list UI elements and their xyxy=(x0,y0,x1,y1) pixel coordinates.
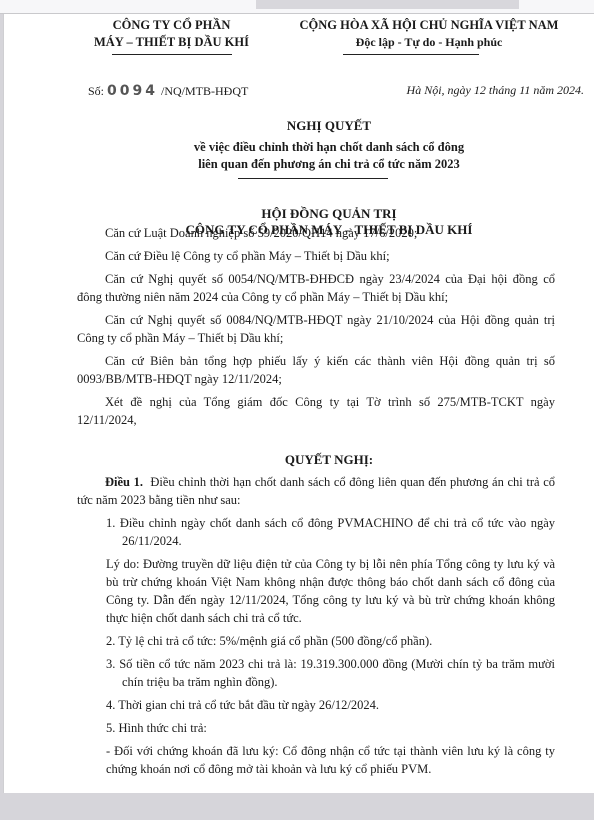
subject-line1: về việc điều chỉnh thời hạn chốt danh sá… xyxy=(64,139,594,156)
document-page: CÔNG TY CỔ PHẦN MÁY – THIẾT BỊ DẦU KHÍ C… xyxy=(3,14,594,793)
company-underline xyxy=(112,54,232,55)
number-suffix: /NQ/MTB-HĐQT xyxy=(161,84,248,98)
basis-item: Căn cứ Điều lệ Công ty cổ phần Máy – Thi… xyxy=(77,247,555,265)
document-subject: về việc điều chỉnh thời hạn chốt danh sá… xyxy=(64,139,594,173)
article-1: Điều 1. Điều chỉnh thời hạn chốt danh sá… xyxy=(77,473,555,509)
resolution-heading: QUYẾT NGHỊ: xyxy=(64,452,594,468)
resolution-item: 4. Thời gian chi trả cổ tức bắt đầu từ n… xyxy=(106,696,555,714)
number-label: Số: xyxy=(88,84,104,98)
document-title: NGHỊ QUYẾT xyxy=(64,118,594,134)
subject-line2: liên quan đến phương án chi trả cổ tức n… xyxy=(64,156,594,173)
basis-item: Căn cứ Nghị quyết số 0054/NQ/MTB-ĐHĐCĐ n… xyxy=(77,270,555,306)
document-date: Hà Nội, ngày 12 tháng 11 năm 2024. xyxy=(344,83,584,98)
resolution-item: 1. Điều chỉnh ngày chốt danh sách cổ đôn… xyxy=(106,514,555,550)
national-header: CỘNG HÒA XÃ HỘI CHỦ NGHĨA VIỆT NAM Độc l… xyxy=(274,17,584,51)
basis-item: Căn cứ Luật Doanh nghiệp số 59/2020/QH14… xyxy=(77,224,555,242)
basis-item: Căn cứ Nghị quyết số 0084/NQ/MTB-HĐQT ng… xyxy=(77,311,555,347)
company-line2: MÁY – THIẾT BỊ DẦU KHÍ xyxy=(84,34,259,51)
company-line1: CÔNG TY CỔ PHẦN xyxy=(84,17,259,34)
company-header: CÔNG TY CỔ PHẦN MÁY – THIẾT BỊ DẦU KHÍ xyxy=(84,17,259,51)
resolution-item: 2. Tỷ lệ chi trả cổ tức: 5%/mệnh giá cổ … xyxy=(106,632,555,650)
motto-underline xyxy=(343,54,479,55)
viewer-toolbar xyxy=(0,0,594,14)
legal-bases: Căn cứ Luật Doanh nghiệp số 59/2020/QH14… xyxy=(77,224,555,434)
nation-motto: Độc lập - Tự do - Hạnh phúc xyxy=(274,34,584,51)
title-underline xyxy=(238,178,388,179)
resolution-item: 5. Hình thức chi trả: xyxy=(106,719,555,737)
article-1-label: Điều 1. xyxy=(105,475,143,489)
basis-item: Xét đề nghị của Tổng giám đốc Công ty tạ… xyxy=(77,393,555,429)
resolution-item: - Đối với chứng khoán đã lưu ký: Cổ đông… xyxy=(106,742,555,778)
article-1-text: Điều chỉnh thời hạn chốt danh sách cổ đô… xyxy=(77,475,555,507)
issuer-line1: HỘI ĐỒNG QUẢN TRỊ xyxy=(64,206,594,222)
viewer-tab[interactable] xyxy=(256,0,519,9)
resolution-body: Điều 1. Điều chỉnh thời hạn chốt danh sá… xyxy=(77,473,555,783)
nation-line1: CỘNG HÒA XÃ HỘI CHỦ NGHĨA VIỆT NAM xyxy=(274,17,584,34)
number-stamp: 0094 xyxy=(107,83,158,99)
resolution-item: Lý do: Đường truyền dữ liệu điện tử của … xyxy=(106,555,555,627)
basis-item: Căn cứ Biên bản tổng hợp phiếu lấy ý kiế… xyxy=(77,352,555,388)
resolution-item: 3. Số tiền cổ tức năm 2023 chi trả là: 1… xyxy=(106,655,555,691)
document-number: Số: 0094 /NQ/MTB-HĐQT xyxy=(88,83,248,99)
